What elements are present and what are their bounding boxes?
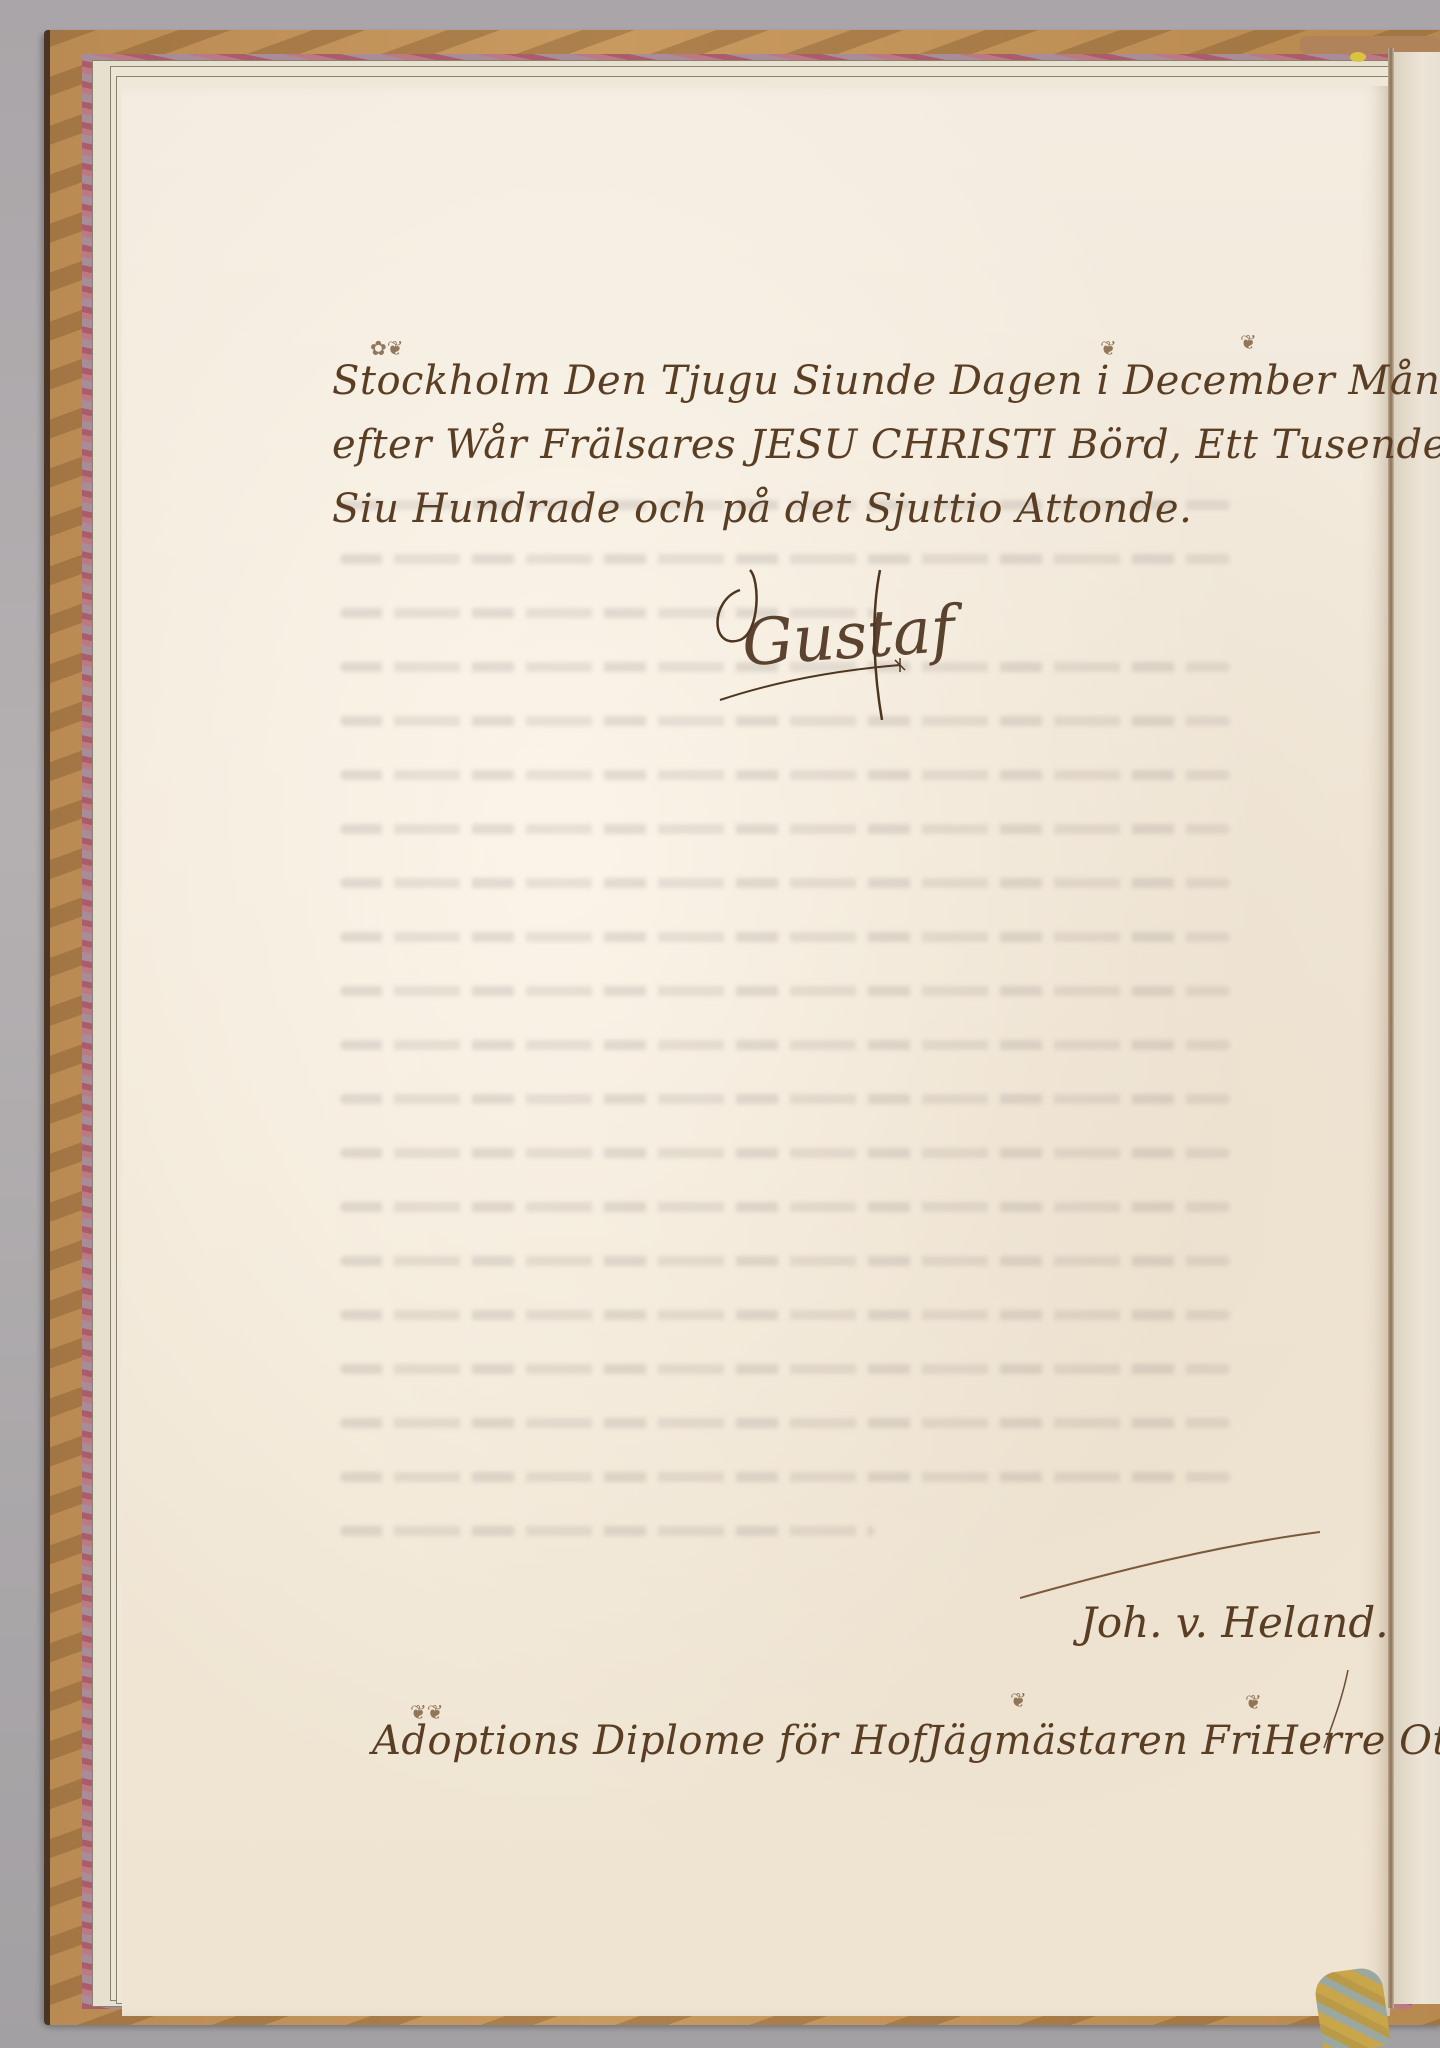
flourish-ornament: ❦ xyxy=(1245,1690,1262,1714)
dating-clause-line-3: Siu Hundrade och på det Sjuttio Attonde. xyxy=(332,486,1192,532)
bookmark-thread xyxy=(1350,52,1366,62)
countersignature: Joh. v. Heland. xyxy=(1080,1598,1389,1647)
ghost-line xyxy=(340,932,1230,942)
ghost-line xyxy=(340,1202,1230,1212)
ghost-line xyxy=(340,824,1230,834)
flourish-ornament: ❦ xyxy=(1010,1688,1027,1712)
ghost-line xyxy=(340,1364,1230,1374)
ghost-line xyxy=(340,1418,1230,1428)
flourish-ornament: ✿❦ xyxy=(370,336,404,360)
binding-cord xyxy=(1313,1966,1391,2048)
ghost-line xyxy=(340,1472,1230,1482)
ghost-line xyxy=(340,1040,1230,1050)
ghost-line xyxy=(340,1148,1230,1158)
flourish-ornament: ❦ xyxy=(1240,330,1257,354)
royal-signature: Gustaf xyxy=(740,593,957,682)
facing-page-edge xyxy=(1394,52,1440,2004)
countersignature-stroke xyxy=(1020,1530,1320,1600)
dating-clause-line-1: Stockholm Den Tjugu Siunde Dagen i Decem… xyxy=(332,358,1440,404)
flourish-ornament: ❦ xyxy=(1100,336,1117,360)
ghost-line xyxy=(340,1310,1230,1320)
ghost-line xyxy=(340,986,1230,996)
ghost-line xyxy=(340,878,1230,888)
ghost-line xyxy=(340,770,1230,780)
ghost-line xyxy=(340,1256,1230,1266)
ghost-line xyxy=(340,1526,874,1536)
docket-end-flourish xyxy=(1320,1670,1350,1750)
ghost-line xyxy=(340,1094,1230,1104)
document-docket-title: Adoptions Diplome för HofJägmästaren Fri… xyxy=(372,1718,1440,1764)
dating-clause-line-2: efter Wår Frälsares JESU CHRISTI Börd, E… xyxy=(332,422,1440,468)
